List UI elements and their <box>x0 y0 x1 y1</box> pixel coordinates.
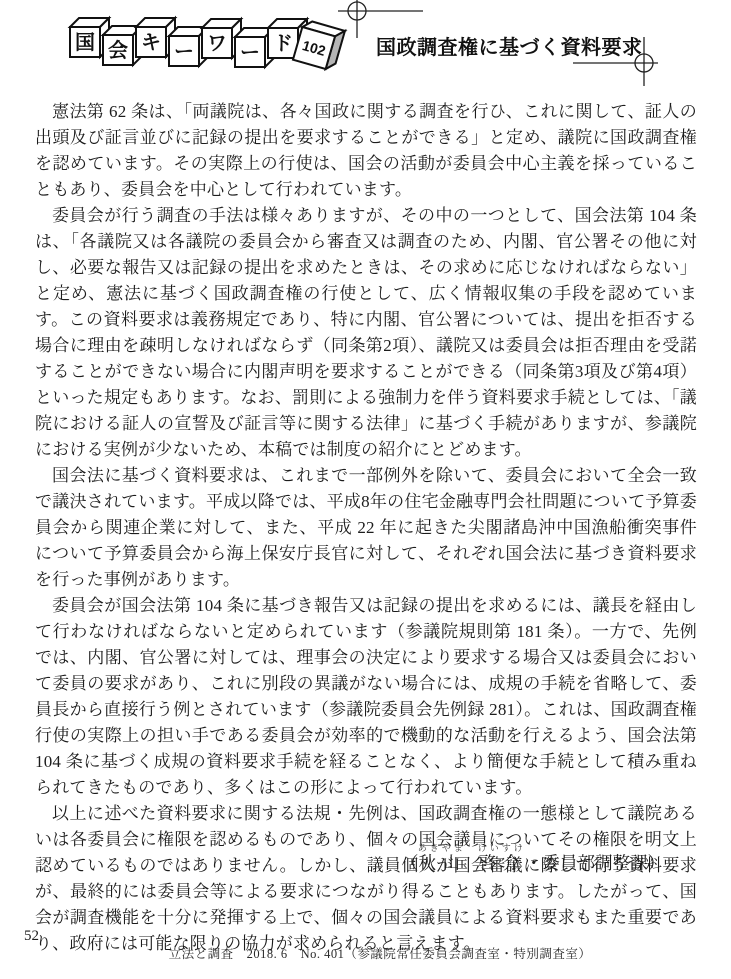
journal-footer: 立法と調査 2018. 6 No. 401（参議院常任委員会調査室・特別調査室） <box>0 944 731 962</box>
logo-block-char: 国 <box>75 31 95 54</box>
document-page: 国 会 キ ー ワ <box>0 0 731 979</box>
author-line: （秋山あきやま啓介けいすけ・委員部調整課） <box>401 843 665 875</box>
author-givenname-furigana: けいすけ <box>478 843 526 853</box>
paragraph-1: 憲法第 62 条は、「両議院は、各々国政に関する調査を行ひ、これに関して、証人の… <box>35 99 697 203</box>
author-open-paren: （ <box>401 853 419 873</box>
author-surname-furigana: あきやま <box>418 843 466 853</box>
logo-block-char: 会 <box>108 38 128 62</box>
logo-block-char: ー <box>174 41 194 63</box>
page-number: 52 <box>24 928 39 945</box>
logo-block-char: ド <box>273 33 293 55</box>
page-title: 国政調査権に基づく資料要求 <box>376 31 643 60</box>
author-affiliation: ・委員部調整課） <box>525 853 665 873</box>
kokkai-keyword-logo: 国 会 キ ー ワ <box>56 4 356 98</box>
author-givenname: 啓介けいすけ <box>478 853 525 873</box>
logo-block-char: ワ <box>207 33 227 55</box>
paragraph-5: 以上に述べた資料要求に関する法規・先例は、国政調査権の一態様として議院あるいは各… <box>35 801 697 957</box>
logo-block-char: キ <box>141 32 161 54</box>
paragraph-4: 委員会が国会法第 104 条に基づき報告又は記録の提出を求めるには、議長を経由し… <box>35 593 697 801</box>
author-surname: 秋山あきやま <box>418 853 465 873</box>
article-body: 憲法第 62 条は、「両議院は、各々国政に関する調査を行ひ、これに関して、証人の… <box>35 99 697 957</box>
logo-number-block: 102 <box>293 19 345 71</box>
paragraph-2: 委員会が行う調査の手法は様々ありますが、その中の一つとして、国会法第 104 条… <box>35 203 697 463</box>
paragraph-3: 国会法に基づく資料要求は、これまで一部例外を除いて、委員会において全会一致で議決… <box>35 463 697 593</box>
logo-block-char: ー <box>240 42 260 64</box>
